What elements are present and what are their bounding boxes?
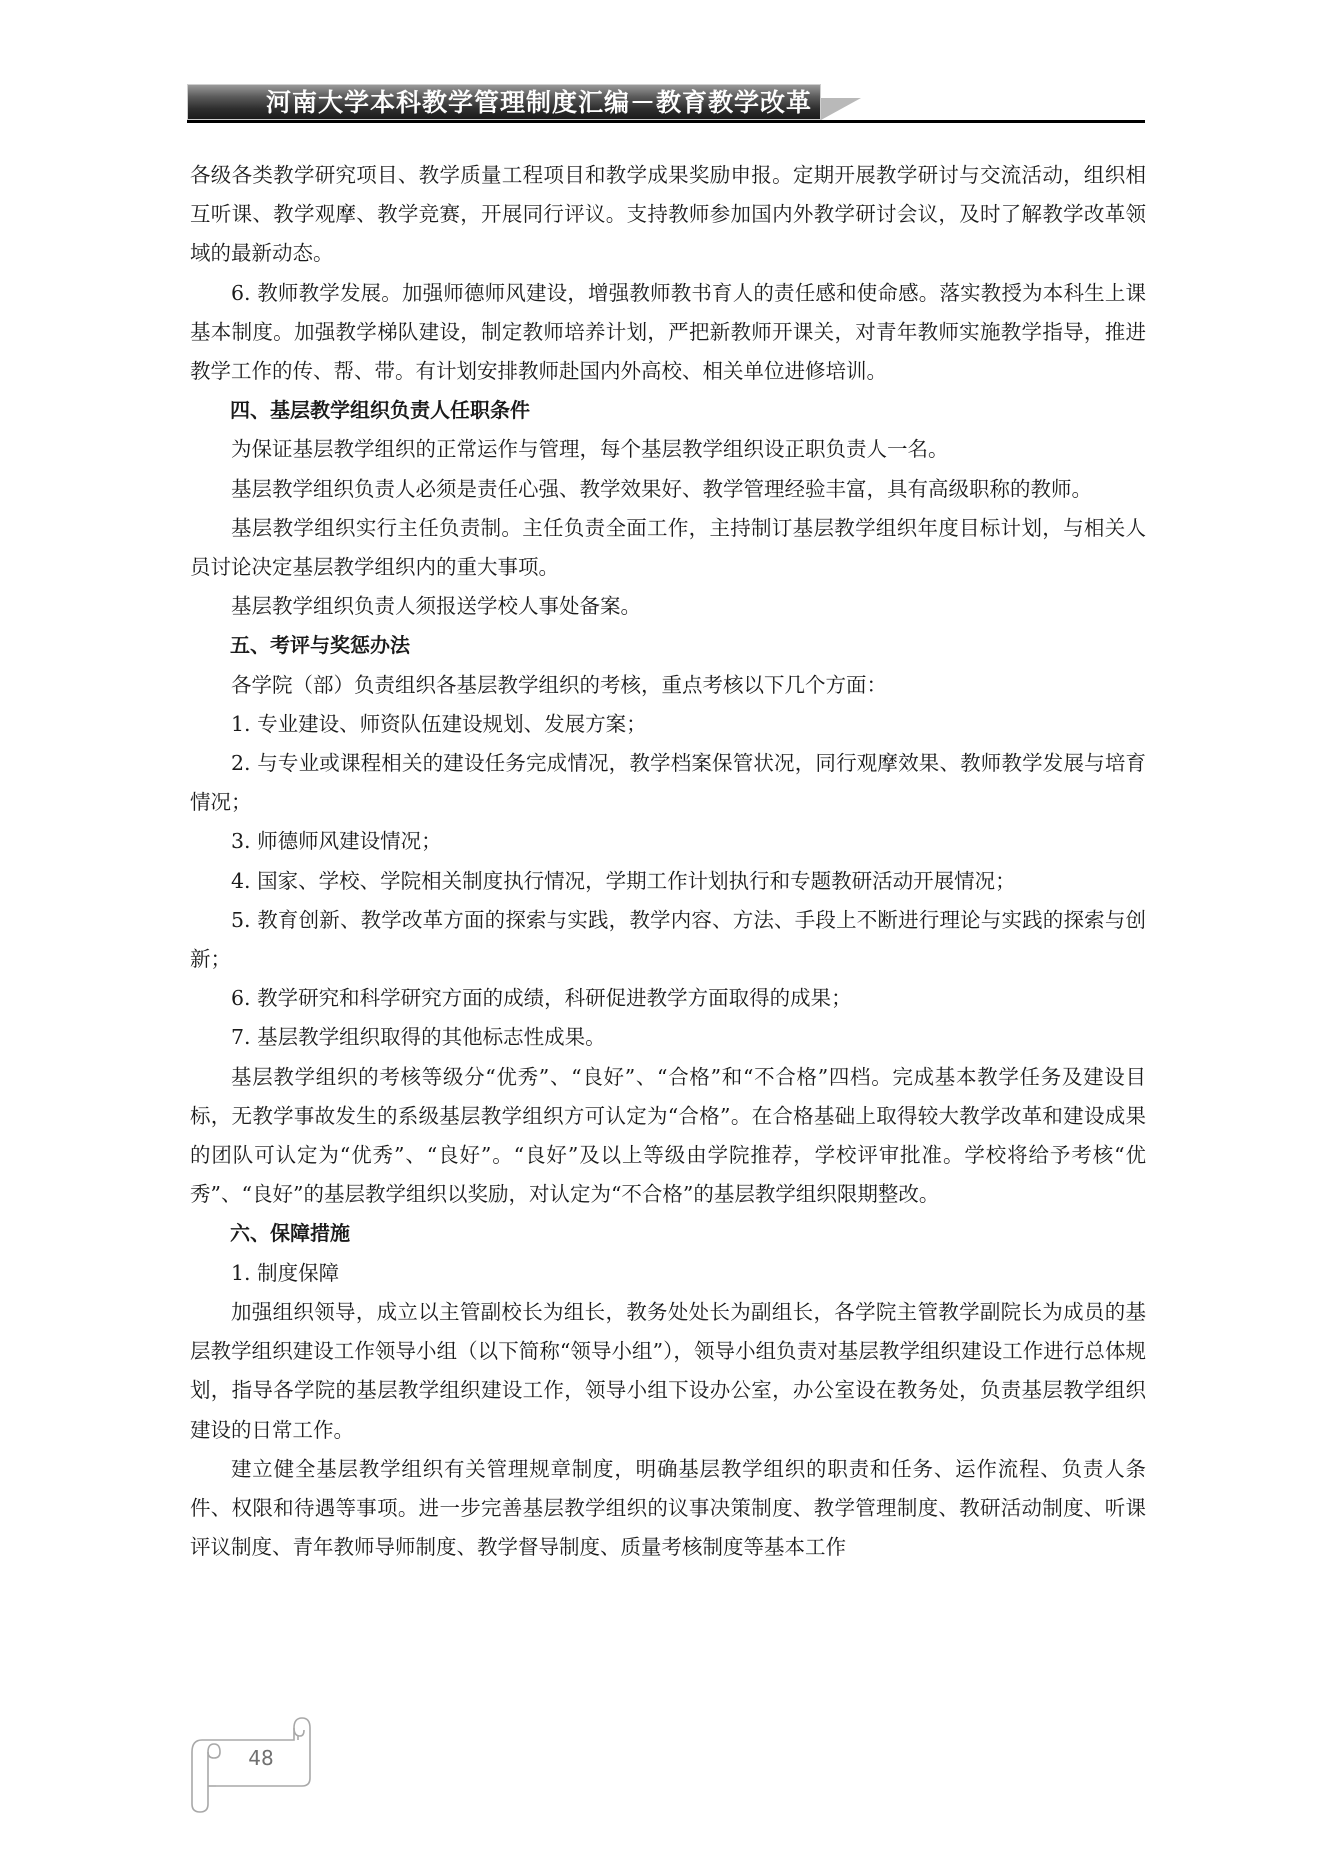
body-paragraph: 各级各类教学研究项目、教学质量工程项目和教学成果奖励申报。定期开展教学研讨与交流… <box>190 156 1146 274</box>
section-heading: 五、考评与奖惩办法 <box>190 626 1146 665</box>
body-paragraph: 6. 教学研究和科学研究方面的成绩，科研促进教学方面取得的成果； <box>190 979 1146 1018</box>
body-paragraph: 基层教学组织的考核等级分“优秀”、“良好”、“合格”和“不合格”四档。完成基本教… <box>190 1058 1146 1215</box>
body-paragraph: 3. 师德师风建设情况； <box>190 822 1146 861</box>
section-heading: 六、保障措施 <box>190 1214 1146 1253</box>
header-title: 河南大学本科教学管理制度汇编－教育教学改革 <box>266 88 812 118</box>
body-paragraph: 为保证基层教学组织的正常运作与管理，每个基层教学组织设正职负责人一名。 <box>190 430 1146 469</box>
body-paragraph: 加强组织领导，成立以主管副校长为组长，教务处处长为副组长，各学院主管教学副院长为… <box>190 1293 1146 1450</box>
running-header: 河南大学本科教学管理制度汇编－教育教学改革 <box>187 84 1147 124</box>
body-paragraph: 4. 国家、学校、学院相关制度执行情况，学期工作计划执行和专题教研活动开展情况； <box>190 862 1146 901</box>
body-paragraph: 7. 基层教学组织取得的其他标志性成果。 <box>190 1018 1146 1057</box>
body-paragraph: 5. 教育创新、教学改革方面的探索与实践，教学内容、方法、手段上不断进行理论与实… <box>190 901 1146 979</box>
body-paragraph: 6. 教师教学发展。加强师德师风建设，增强教师教书育人的责任感和使命感。落实教授… <box>190 274 1146 392</box>
body-paragraph: 基层教学组织负责人须报送学校人事处备案。 <box>190 587 1146 626</box>
document-body: 各级各类教学研究项目、教学质量工程项目和教学成果奖励申报。定期开展教学研讨与交流… <box>190 156 1146 1567</box>
body-paragraph: 各学院（部）负责组织各基层教学组织的考核，重点考核以下几个方面： <box>190 666 1146 705</box>
header-rule <box>187 120 1145 123</box>
body-paragraph: 2. 与专业或课程相关的建设任务完成情况，教学档案保管状况，同行观摩效果、教师教… <box>190 744 1146 822</box>
body-paragraph: 基层教学组织负责人必须是责任心强、教学效果好、教学管理经验丰富，具有高级职称的教… <box>190 470 1146 509</box>
header-banner: 河南大学本科教学管理制度汇编－教育教学改革 <box>187 84 821 120</box>
section-heading: 四、基层教学组织负责人任职条件 <box>190 391 1146 430</box>
page-number: 48 <box>236 1746 286 1770</box>
page-footer: 48 <box>186 1716 316 1816</box>
body-paragraph: 建立健全基层教学组织有关管理规章制度，明确基层教学组织的职责和任务、运作流程、负… <box>190 1450 1146 1568</box>
banner-tail-decoration <box>821 98 861 120</box>
body-paragraph: 1. 制度保障 <box>190 1254 1146 1293</box>
body-paragraph: 1. 专业建设、师资队伍建设规划、发展方案； <box>190 705 1146 744</box>
body-paragraph: 基层教学组织实行主任负责制。主任负责全面工作，主持制订基层教学组织年度目标计划，… <box>190 509 1146 587</box>
